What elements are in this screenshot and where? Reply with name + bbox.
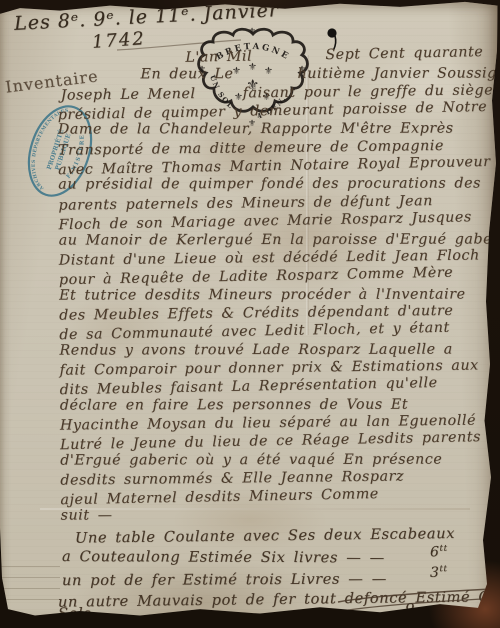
item-text: Une table Coulante avec Ses deux Escabea… (75, 525, 455, 547)
item-text: a Couteaulong Estimée Six livres — — (62, 548, 385, 566)
totals-rule-flourish (330, 584, 500, 620)
line-segment: Joseph Le Menel (61, 86, 196, 104)
inventory-total: 9 (405, 600, 415, 618)
manuscript-scan: Les 8ᵉ. 9ᵉ. le 11ᵉ. Janvier 1742 Inventa… (0, 0, 500, 628)
inventory-item-line: Sols — (58, 605, 498, 627)
manuscript-body: L'an MilSept Cent quaranteEn deux Lehuit… (57, 0, 497, 2)
fleur-de-lis-icon: ⚜ (248, 27, 256, 37)
line-segment: L'an Mil (185, 48, 252, 65)
total-arrow-flourish (420, 603, 460, 617)
line-segment: En deux Le (141, 66, 234, 82)
parchment-paper: Les 8ᵉ. 9ᵉ. le 11ᵉ. Janvier 1742 Inventa… (0, 0, 500, 628)
line-segment: huitième Janvier Soussigné (298, 66, 500, 83)
manuscript-line: suit — (61, 506, 500, 526)
line-segment: Sept Cent quarante (325, 44, 483, 63)
line-segment: faisant pour le greffe du siège (243, 82, 494, 101)
item-text: Sols — (58, 605, 115, 622)
amount-value: 6tt (430, 544, 448, 561)
faint-ruled-lines (0, 566, 60, 606)
amount-value: 3tt (430, 564, 448, 581)
